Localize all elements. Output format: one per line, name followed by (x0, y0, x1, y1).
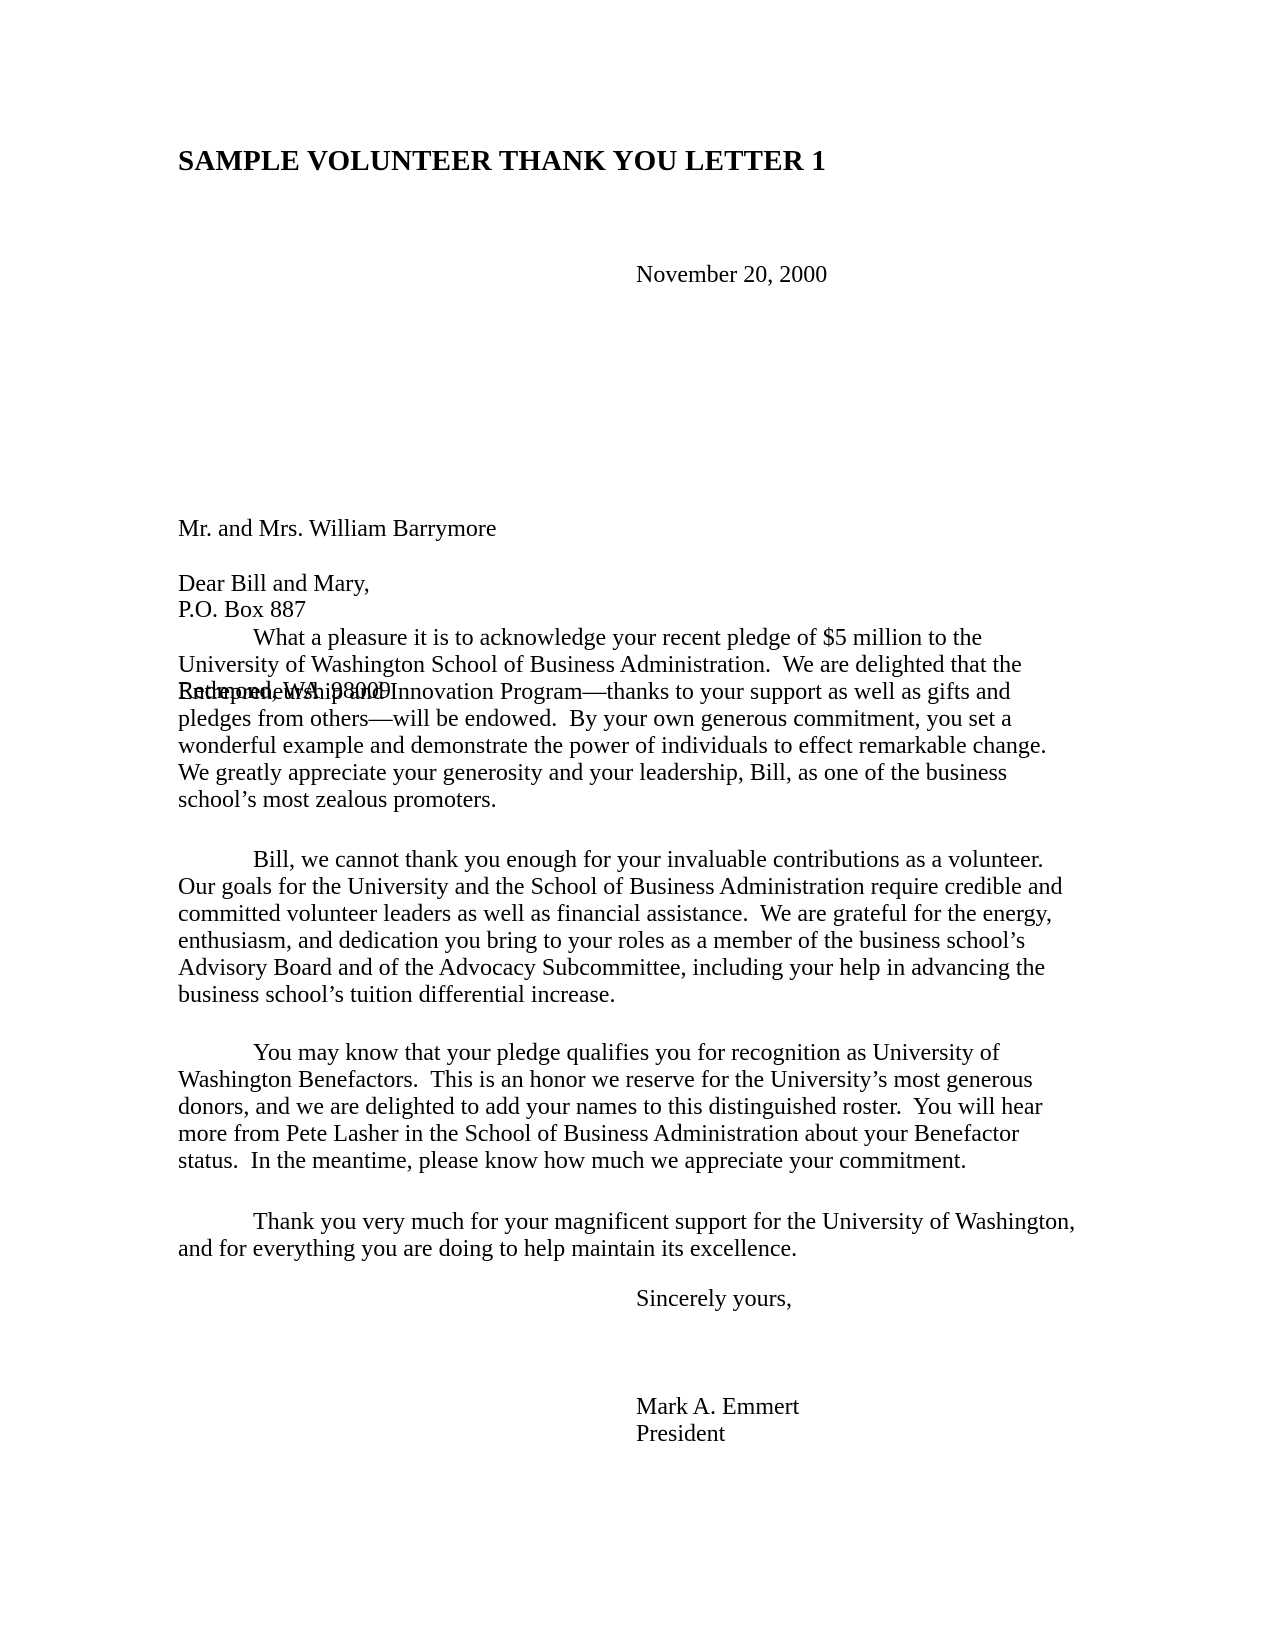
complimentary-closing: Sincerely yours, (636, 1286, 792, 1313)
signature-title: President (636, 1421, 725, 1448)
salutation: Dear Bill and Mary, (178, 571, 370, 598)
body-paragraph-4: Thank you very much for your magnificent… (178, 1209, 1078, 1263)
recipient-po-box-line: P.O. Box 887 (178, 597, 497, 624)
letter-page: SAMPLE VOLUNTEER THANK YOU LETTER 1 Nove… (0, 0, 1275, 1650)
body-paragraph-1: What a pleasure it is to acknowledge you… (178, 625, 1078, 814)
body-paragraph-2: Bill, we cannot thank you enough for you… (178, 847, 1078, 1009)
letter-date: November 20, 2000 (636, 262, 827, 289)
signature-name: Mark A. Emmert (636, 1394, 799, 1421)
recipient-name-line: Mr. and Mrs. William Barrymore (178, 516, 497, 543)
body-paragraph-3: You may know that your pledge qualifies … (178, 1040, 1078, 1175)
document-title: SAMPLE VOLUNTEER THANK YOU LETTER 1 (178, 145, 826, 178)
